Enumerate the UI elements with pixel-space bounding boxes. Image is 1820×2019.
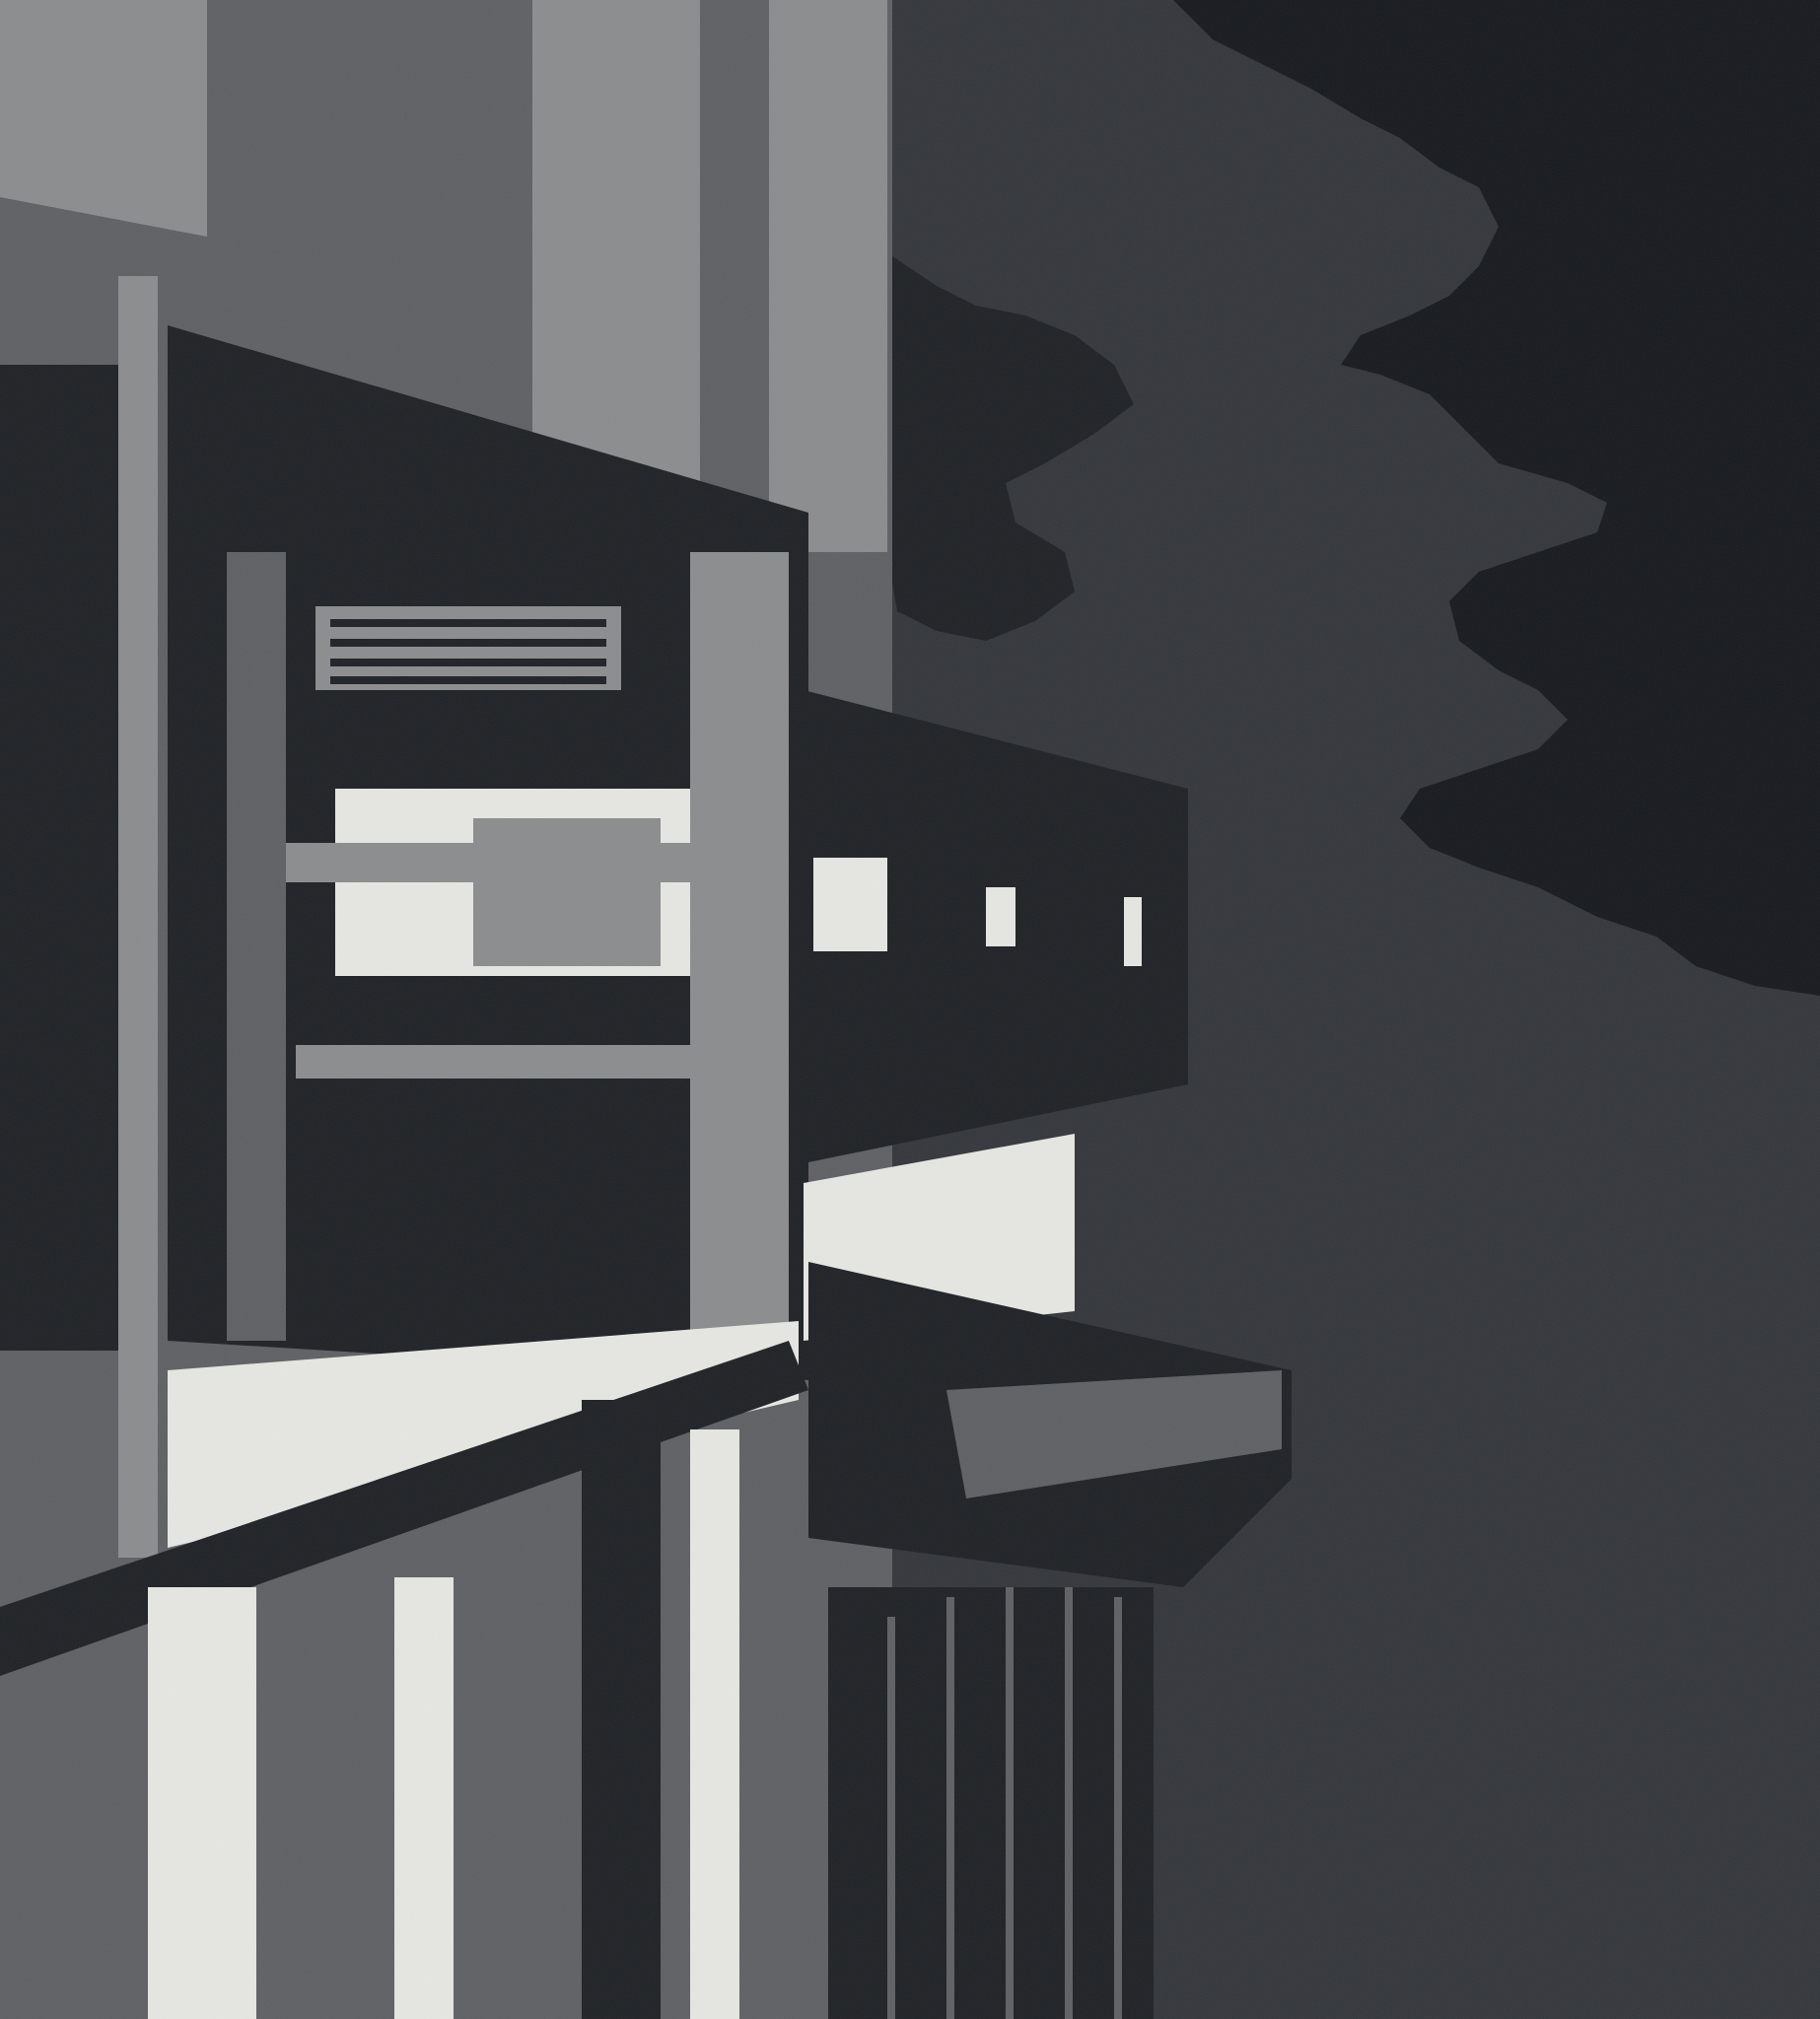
etching-artwork <box>0 0 1820 2019</box>
paper-grain-overlay <box>0 0 1820 2019</box>
